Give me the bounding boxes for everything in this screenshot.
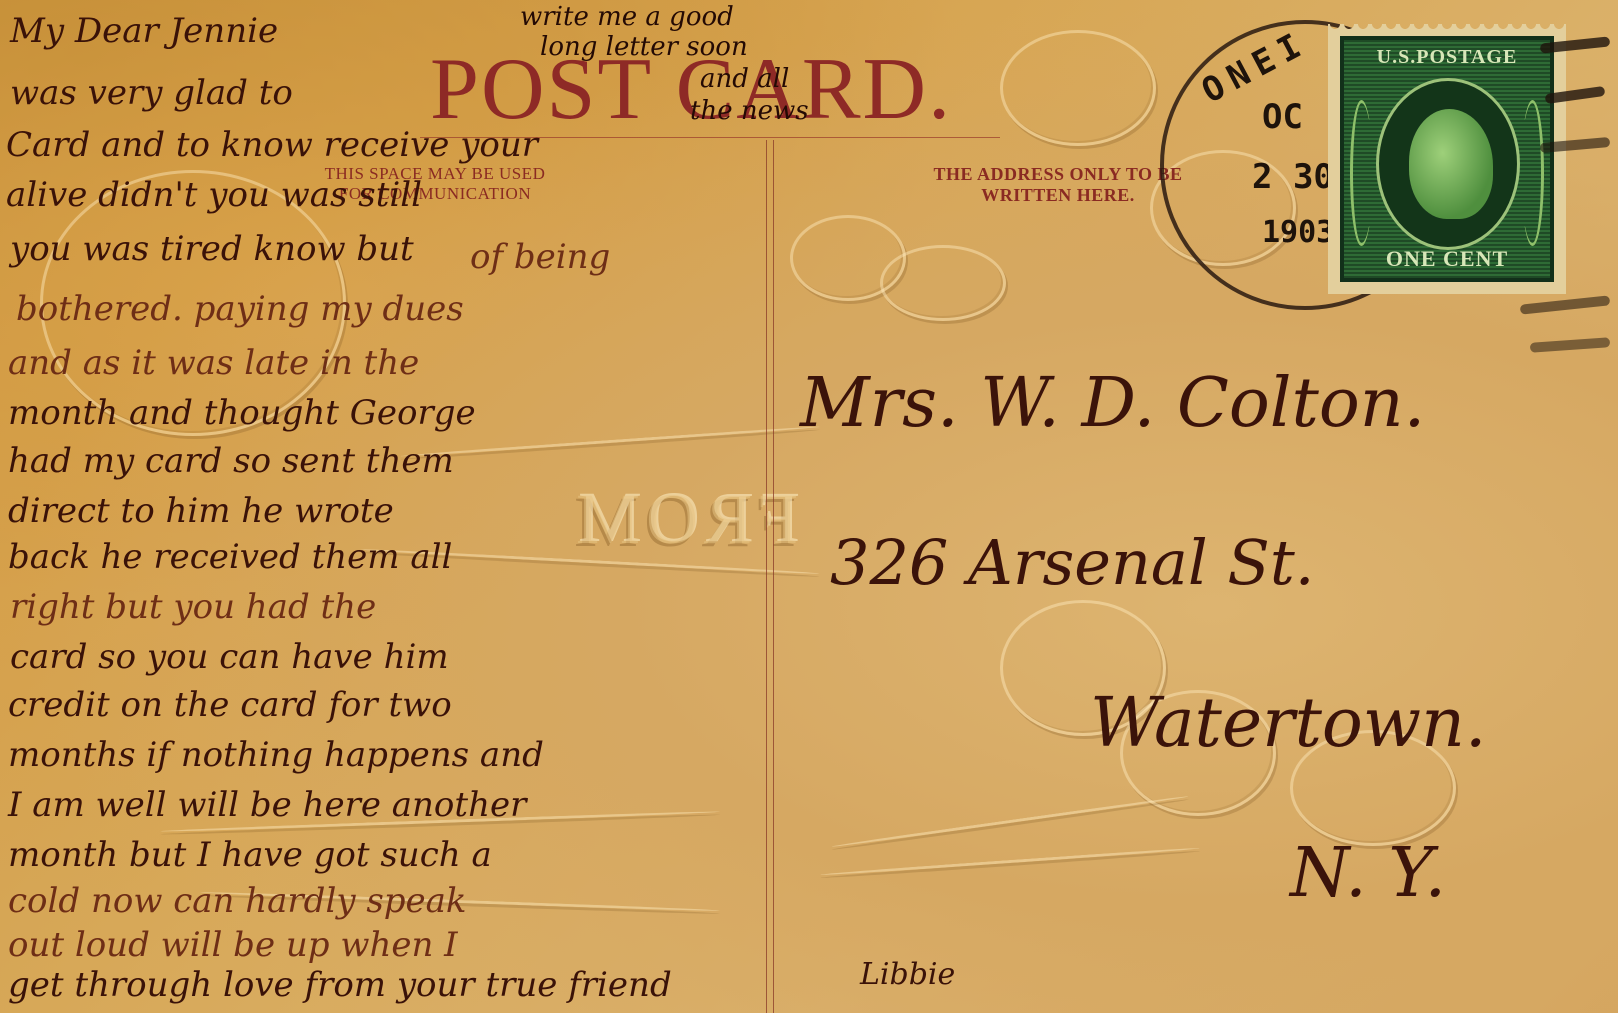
message-line: month but I have got such a — [8, 838, 492, 872]
postmark-month: OC — [1262, 100, 1303, 134]
top-note-line: the news — [690, 98, 809, 124]
message-line: month and thought George — [8, 396, 476, 430]
embossed-from-text: FROM — [570, 478, 798, 561]
message-line: was very glad to — [10, 76, 293, 110]
emboss-ribbon — [832, 795, 1189, 848]
emboss-leaf — [880, 245, 1006, 321]
message-line: you was tired know but — [10, 232, 414, 266]
postcard: FROM POST CARD. THIS SPACE MAY BE USED F… — [0, 0, 1618, 1013]
emboss-ornament — [1000, 30, 1156, 146]
message-line: of being — [470, 240, 610, 274]
message-line: card so you can have him — [10, 640, 449, 674]
stamp-engraving: U.S.POSTAGE ONE CENT — [1340, 36, 1554, 282]
cancellation-mark — [1520, 295, 1611, 314]
top-note-line: and all — [700, 66, 789, 92]
message-line: and as it was late in the — [8, 346, 419, 380]
message-line: alive didn't you was still — [6, 178, 422, 212]
laurel-left-icon — [1350, 100, 1373, 246]
laurel-right-icon — [1521, 100, 1544, 246]
postmark-year: 1903 — [1262, 218, 1334, 248]
message-line: get through love from your true friend — [8, 968, 672, 1002]
address-recipient: Mrs. W. D. Colton. — [800, 370, 1425, 438]
message-line: cold now can hardly speak — [8, 884, 467, 918]
message-line: had my card so sent them — [8, 444, 454, 478]
message-line: credit on the card for two — [8, 688, 452, 722]
message-line: bothered. paying my dues — [16, 292, 464, 326]
emboss-ribbon — [820, 847, 1199, 877]
address-street: 326 Arsenal St. — [830, 532, 1315, 594]
message-line: Card and to know receive your — [6, 128, 538, 162]
stamp-denomination: ONE CENT — [1344, 246, 1550, 272]
message-line: back he received them all — [8, 540, 452, 574]
message-line: out loud will be up when I — [8, 928, 458, 962]
top-note-line: long letter soon — [540, 34, 748, 60]
cancellation-mark — [1530, 337, 1611, 353]
message-line: right but you had the — [10, 590, 376, 624]
message-line: I am well will be here another — [8, 788, 526, 822]
washington-portrait-icon — [1409, 109, 1493, 219]
postmark-day: 2 30 — [1252, 160, 1334, 194]
stamp-portrait-frame — [1376, 78, 1520, 250]
signature: Libbie — [860, 960, 955, 990]
message-line: My Dear Jennie — [10, 14, 278, 48]
stamp-top-text: U.S.POSTAGE — [1344, 46, 1550, 69]
address-city: Watertown. — [1090, 690, 1486, 758]
top-note-line: write me a good — [520, 4, 734, 30]
address-state: N. Y. — [1290, 840, 1446, 908]
message-line: months if nothing happens and — [8, 738, 544, 772]
postage-stamp: U.S.POSTAGE ONE CENT — [1328, 24, 1566, 294]
message-line: direct to him he wrote — [8, 494, 394, 528]
center-divider — [766, 140, 774, 1013]
